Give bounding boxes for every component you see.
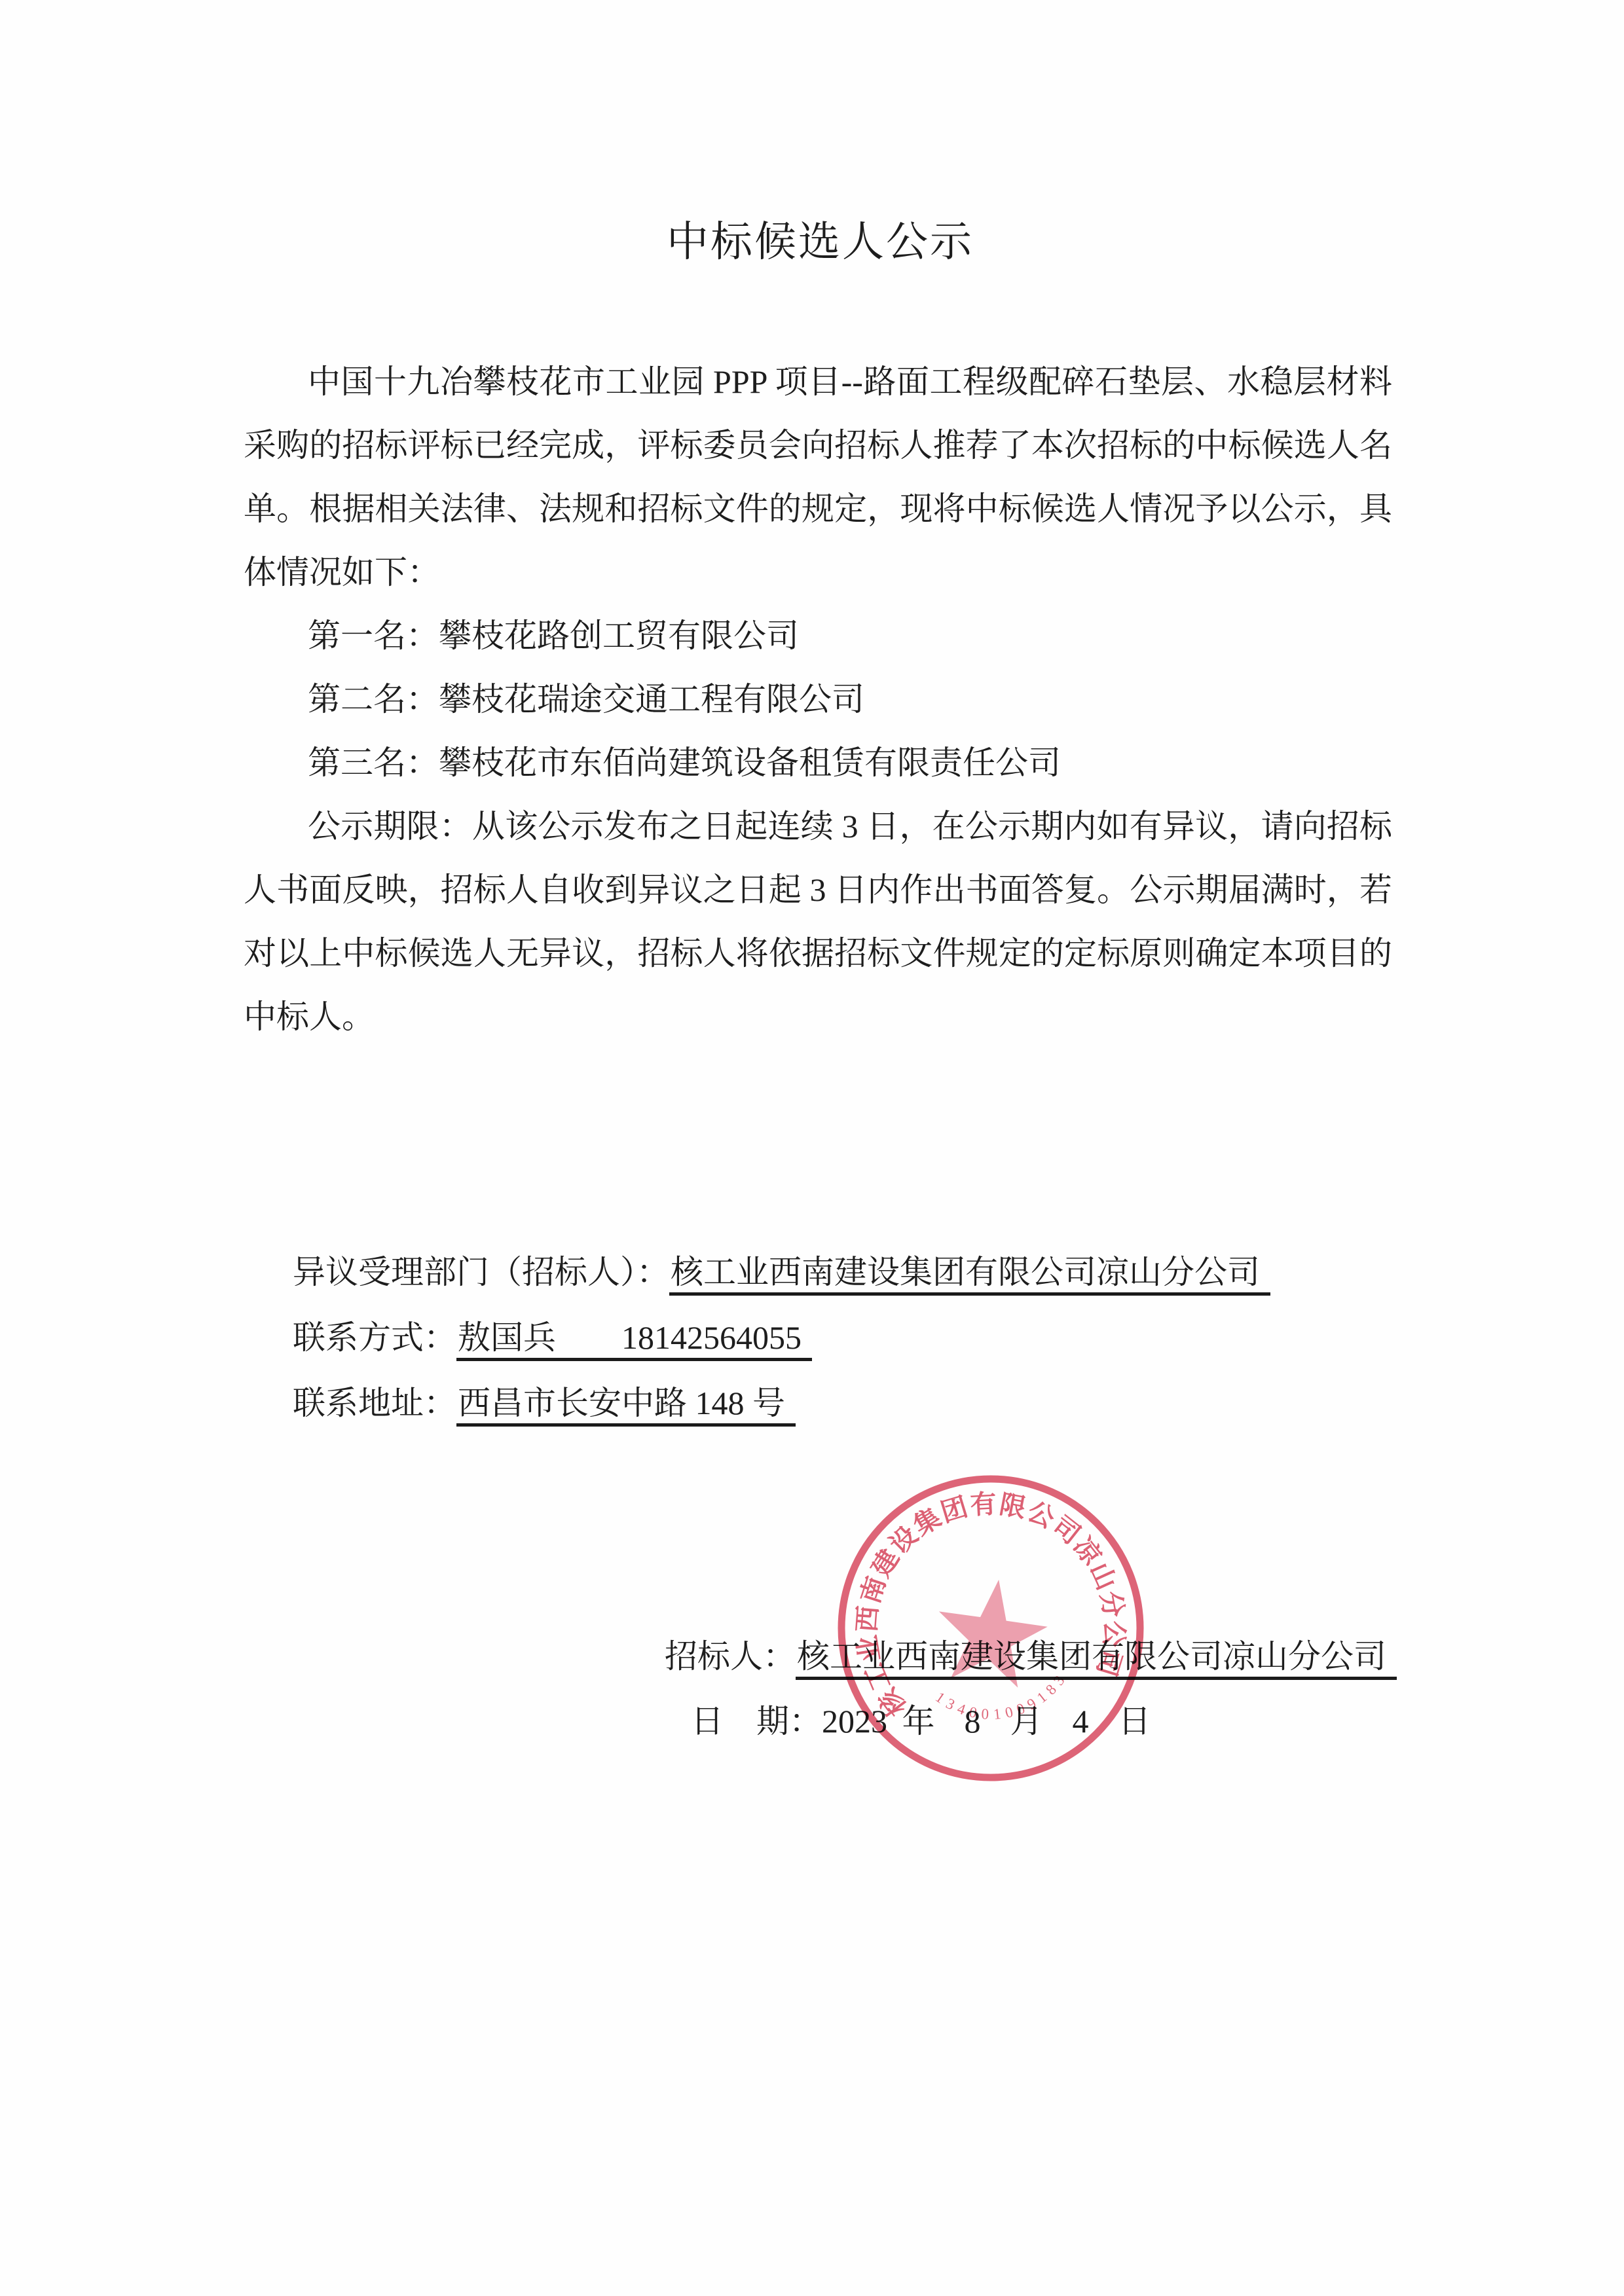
body-line: 采购的招标评标已经完成，评标委员会向招标人推荐了本次招标的中标候选人名 xyxy=(244,414,1392,477)
body-line: 体情况如下： xyxy=(244,541,1392,604)
contact-label: 联系地址： xyxy=(293,1385,456,1421)
document-page: 中标候选人公示 中国十九冶攀枝花市工业园 PPP 项目--路面工程级配碎石垫层、… xyxy=(0,0,1624,2296)
contact-value-underlined: 核工业西南建设集团有限公司凉山分公司 xyxy=(669,1254,1270,1296)
objection-department-row: 异议受理部门（招标人）：核工业西南建设集团有限公司凉山分公司 xyxy=(244,1174,1396,1239)
date-value: 2023 年 8 月 4 日 xyxy=(822,1703,1151,1740)
body-line: 人书面反映，招标人自收到异议之日起 3 日内作出书面答复。公示期届满时，若 xyxy=(244,858,1392,922)
body-line: 公示期限：从该公示发布之日起连续 3 日，在公示期内如有异议，请向招标 xyxy=(244,795,1392,858)
contact-label: 异议受理部门（招标人）： xyxy=(293,1254,669,1290)
date-label: 日 期： xyxy=(691,1703,822,1740)
body-line: 中国十九冶攀枝花市工业园 PPP 项目--路面工程级配碎石垫层、水稳层材料 xyxy=(244,350,1392,414)
body-line: 对以上中标候选人无异议，招标人将依据招标文件规定的定标原则确定本项目的 xyxy=(244,922,1392,985)
body-line-candidate-1: 第一名：攀枝花路创工贸有限公司 xyxy=(244,604,1392,668)
contact-value-underlined: 敖国兵 18142564055 xyxy=(456,1319,812,1361)
bidder-signature-row: 招标人：核工业西南建设集团有限公司凉山分公司 xyxy=(632,1561,1397,1625)
contact-value-underlined: 西昌市长安中路 148 号 xyxy=(456,1385,796,1427)
contact-section: 异议受理部门（招标人）：核工业西南建设集团有限公司凉山分公司 联系方式：敖国兵 … xyxy=(244,1174,1396,1370)
date-row: 日 期：2023 年 8 月 4 日 xyxy=(632,1626,1151,1690)
body-line: 中标人。 xyxy=(244,985,1392,1049)
body-text: 中国十九冶攀枝花市工业园 PPP 项目--路面工程级配碎石垫层、水稳层材料 采购… xyxy=(244,350,1392,1049)
body-line-candidate-2: 第二名：攀枝花瑞途交通工程有限公司 xyxy=(244,668,1392,731)
body-line-candidate-3: 第三名：攀枝花市东佰尚建筑设备租赁有限责任公司 xyxy=(244,731,1392,795)
contact-label: 联系方式： xyxy=(293,1319,456,1356)
document-title: 中标候选人公示 xyxy=(0,208,1624,268)
body-line: 单。根据相关法律、法规和招标文件的规定，现将中标候选人情况予以公示，具 xyxy=(244,477,1392,541)
